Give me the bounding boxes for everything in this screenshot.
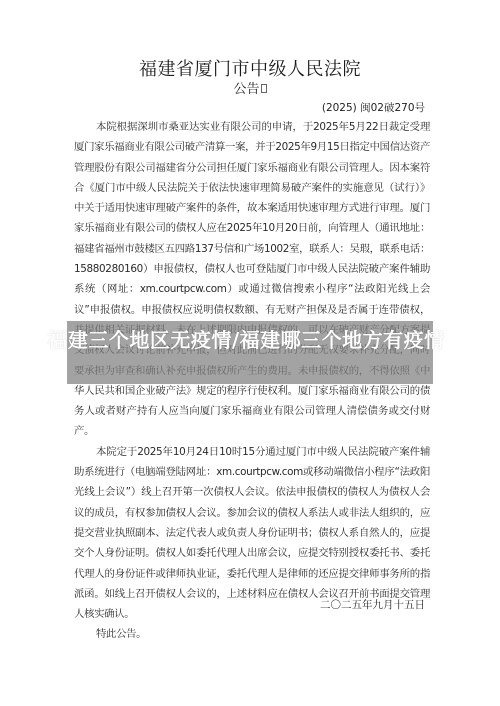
announcement-page: 福建省厦门市中级人民法院 公告 (2025) 闽02破270号 本院根据深圳市桑… xyxy=(0,0,500,706)
overlay-headline-text: 福建三个地区无疫情/福建哪三个地方有疫情 xyxy=(11,328,481,352)
headline-overlay-banner: 福建三个地区无疫情/福建哪三个地方有疫情 xyxy=(67,321,433,384)
court-name-title: 福建省厦门市中级人民法院 xyxy=(0,59,500,81)
closing-statement: 特此公告。 xyxy=(74,624,430,644)
document-type-heading: 公告 xyxy=(0,82,500,98)
missing-glyph-icon xyxy=(261,84,267,93)
document-type-label: 公告 xyxy=(233,82,259,97)
issue-date: 二〇二五年九月十五日 xyxy=(320,598,425,612)
paragraph-1: 本院根据深圳市桑亚达实业有限公司的申请，于2025年5月22日裁定受理厦门家乐福… xyxy=(74,117,430,442)
case-number: (2025) 闽02破270号 xyxy=(322,101,425,115)
